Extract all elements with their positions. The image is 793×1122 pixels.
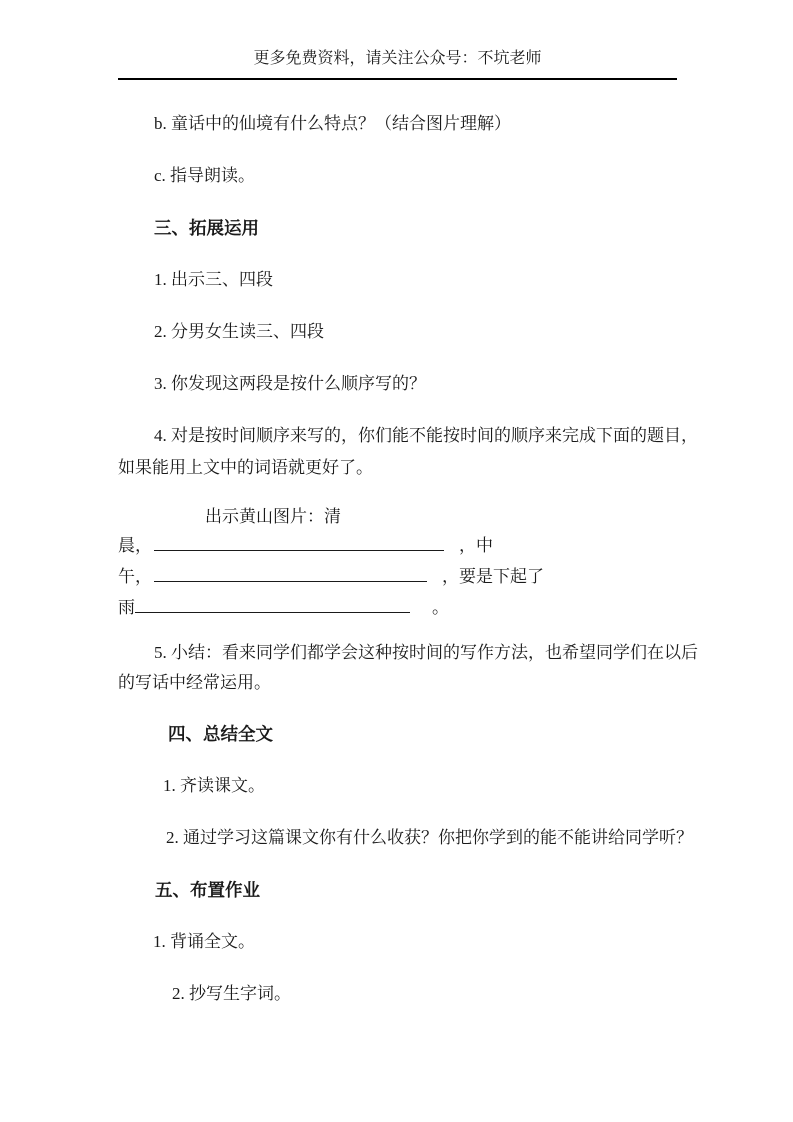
section3-item5: 5. 小结：看来同学们都学会这种按时间的写作方法，也希望同学们在以后 的写话中经…: [118, 638, 677, 698]
item-c: c. 指导朗读。: [118, 160, 677, 192]
item-b: b. 童话中的仙境有什么特点？（结合图片理解）: [118, 108, 677, 140]
fill-line-3: 雨。: [118, 592, 677, 623]
fill-line-2: 午，，要是下起了: [118, 561, 677, 592]
fill-line1-suffix: ，中: [459, 536, 493, 555]
section3-title: 三、拓展运用: [118, 212, 677, 244]
section4-title: 四、总结全文: [118, 718, 677, 750]
fill-blank-1: [154, 530, 444, 551]
section3-item4-line1: 4. 对是按时间顺序来写的，你们能不能按时间的顺序来完成下面的题目，: [118, 420, 677, 452]
section3-item4: 4. 对是按时间顺序来写的，你们能不能按时间的顺序来完成下面的题目， 如果能用上…: [118, 420, 677, 484]
fill-line-1: 晨，，中: [118, 530, 677, 561]
section3-item1: 1. 出示三、四段: [118, 264, 677, 296]
fill-blank-3: [135, 592, 410, 613]
fill-line1-prefix: 晨，: [118, 536, 152, 555]
section3-item4-line2: 如果能用上文中的词语就更好了。: [118, 452, 677, 484]
section3-item5-line2: 的写话中经常运用。: [118, 668, 677, 698]
fill-line3-suffix: 。: [432, 598, 449, 617]
fill-line3-prefix: 雨: [118, 598, 135, 617]
section5-title: 五、布置作业: [118, 874, 677, 906]
fill-in-exercise: 出示黄山图片：清 晨，，中 午，，要是下起了 雨。: [118, 504, 677, 623]
section5-item1: 1. 背诵全文。: [118, 926, 677, 958]
header-notice: 更多免费资料，请关注公众号：不坑老师: [118, 0, 677, 80]
section5-item2: 2. 抄写生字词。: [118, 978, 677, 1010]
fill-line2-prefix: 午，: [118, 567, 152, 586]
section3-item5-line1: 5. 小结：看来同学们都学会这种按时间的写作方法，也希望同学们在以后: [118, 638, 677, 668]
document-page: 更多免费资料，请关注公众号：不坑老师 b. 童话中的仙境有什么特点？（结合图片理…: [0, 0, 793, 1122]
section3-item3: 3. 你发现这两段是按什么顺序写的？: [118, 368, 677, 400]
section4-item1: 1. 齐读课文。: [118, 770, 677, 802]
section4-item2: 2. 通过学习这篇课文你有什么收获？你把你学到的能不能讲给同学听？: [118, 822, 677, 854]
fill-line2-suffix: ，要是下起了: [442, 567, 544, 586]
fill-blank-2: [154, 561, 427, 582]
section3-item2: 2. 分男女生读三、四段: [118, 316, 677, 348]
fill-lead: 出示黄山图片：清: [118, 504, 677, 530]
